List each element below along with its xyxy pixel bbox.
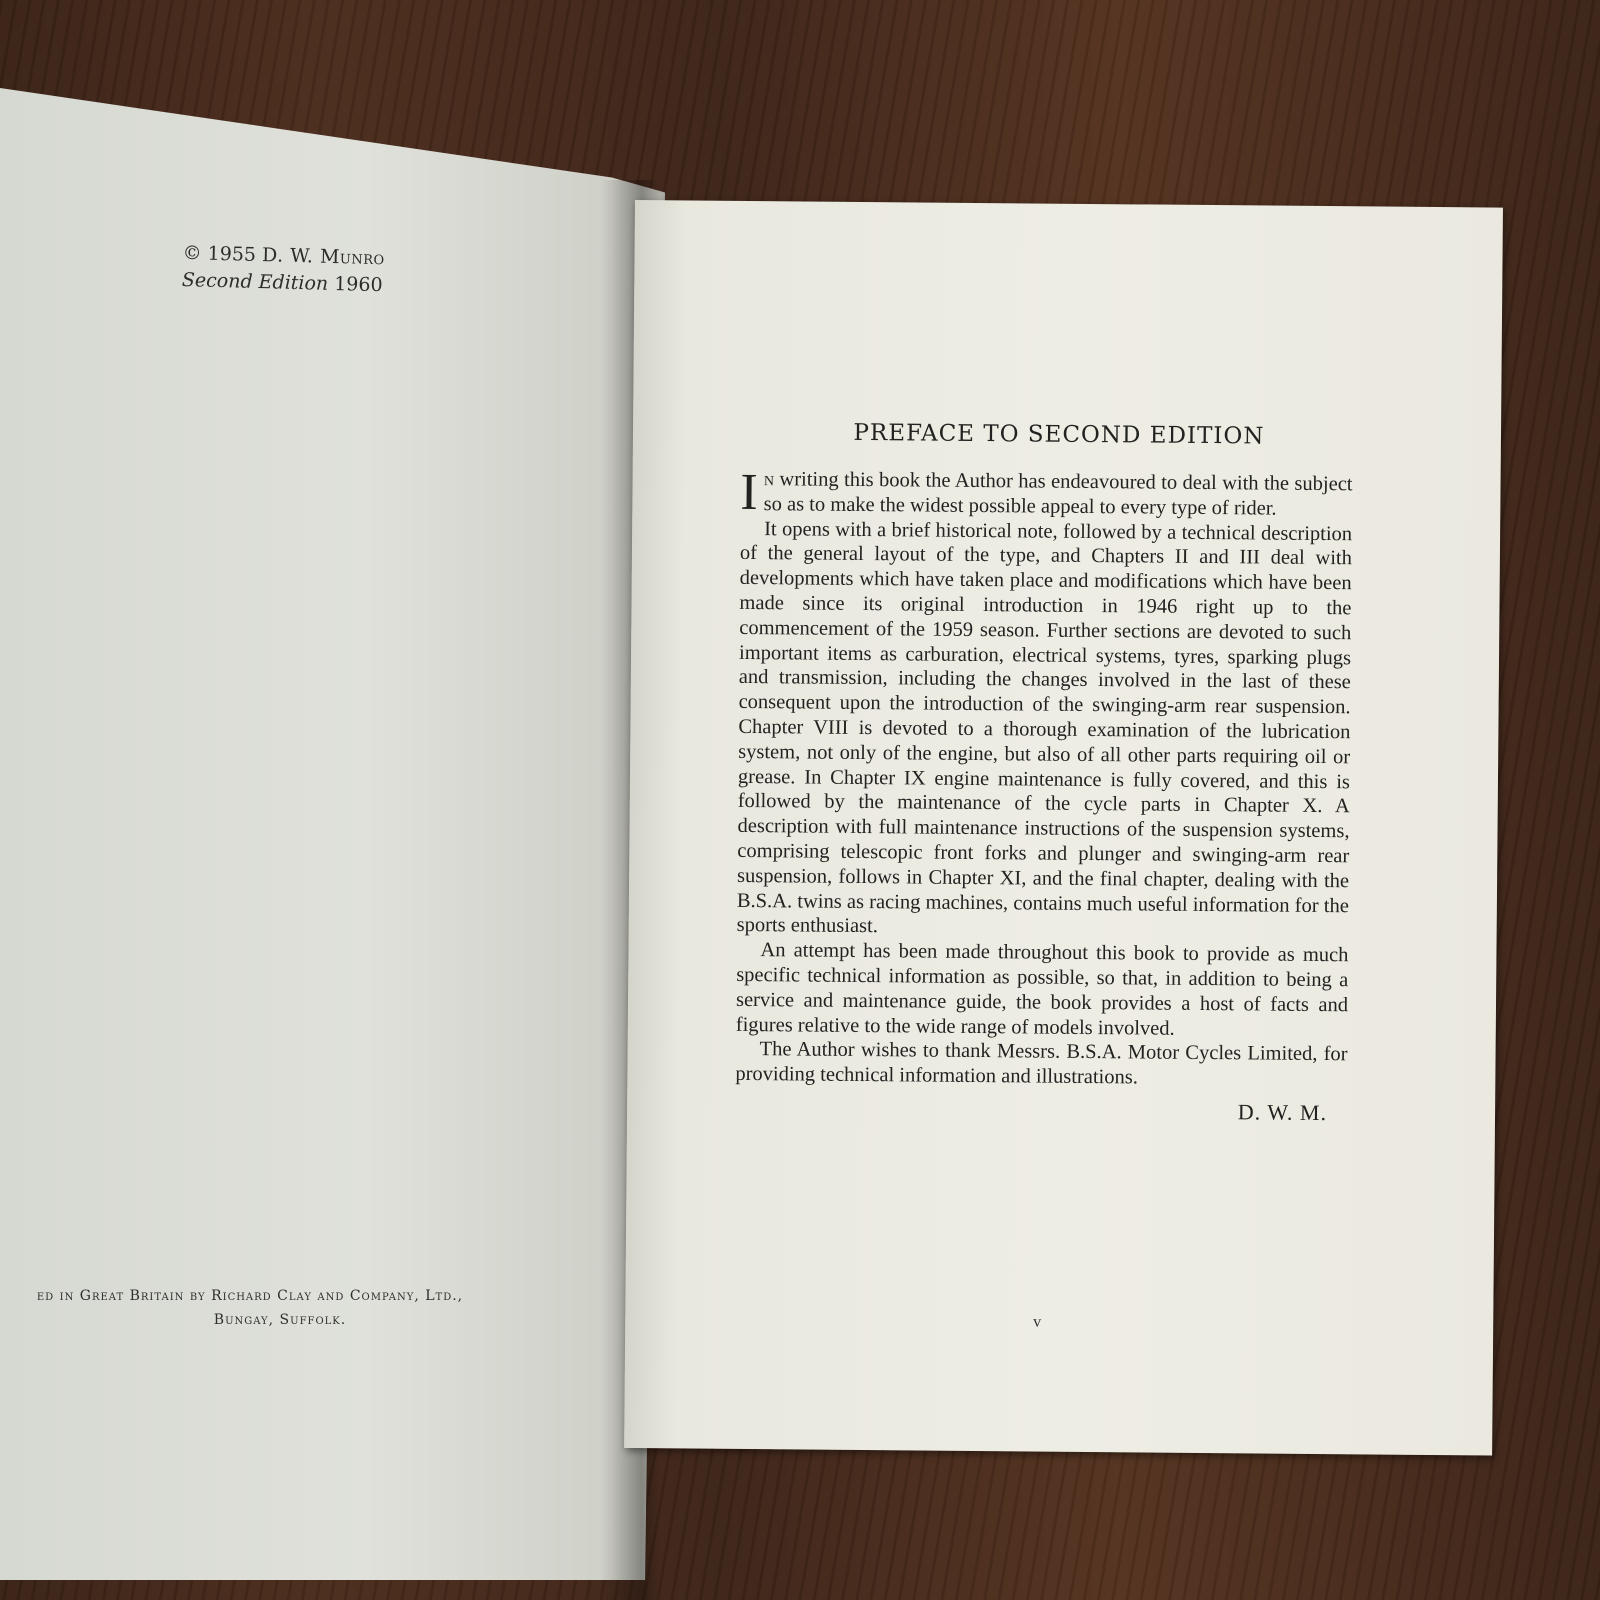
paragraph-1: In writing this book the Author has ende… (740, 467, 1352, 522)
preface-title: PREFACE TO SECOND EDITION (741, 419, 1353, 450)
edition-year: 1960 (334, 273, 383, 296)
paragraph-3: An attempt has been made throughout this… (736, 938, 1349, 1043)
preface-section: PREFACE TO SECOND EDITION In writing thi… (735, 419, 1353, 1126)
paragraph-4: The Author wishes to thank Messrs. B.S.A… (735, 1037, 1347, 1092)
copyright-holder: D. W. Munro (262, 244, 385, 269)
drop-cap: I (740, 469, 758, 515)
printer-line-2: Bungay, Suffolk. (214, 1312, 346, 1328)
printer-line-1: ed in Great Britain by Richard Clay and … (0, 1284, 560, 1308)
copyright-notice: © 1955 D. W. Munro Second Edition 1960 (182, 240, 385, 299)
author-initials: D. W. M. (735, 1095, 1347, 1126)
page-number: v (1033, 1314, 1041, 1332)
printer-imprint: ed in Great Britain by Richard Clay and … (0, 1284, 560, 1332)
right-page: PREFACE TO SECOND EDITION In writing thi… (624, 200, 1503, 1456)
paragraph-text: writing this book the Author has endeavo… (764, 468, 1353, 519)
edition-label: Second Edition (182, 269, 329, 295)
edition-line: Second Edition 1960 (182, 267, 385, 299)
copyright-year: © 1955 (182, 242, 256, 266)
paragraph-2: It opens with a brief historical note, f… (737, 517, 1353, 944)
left-page-content: © 1955 D. W. Munro Second Edition 1960 e… (0, 0, 665, 1600)
